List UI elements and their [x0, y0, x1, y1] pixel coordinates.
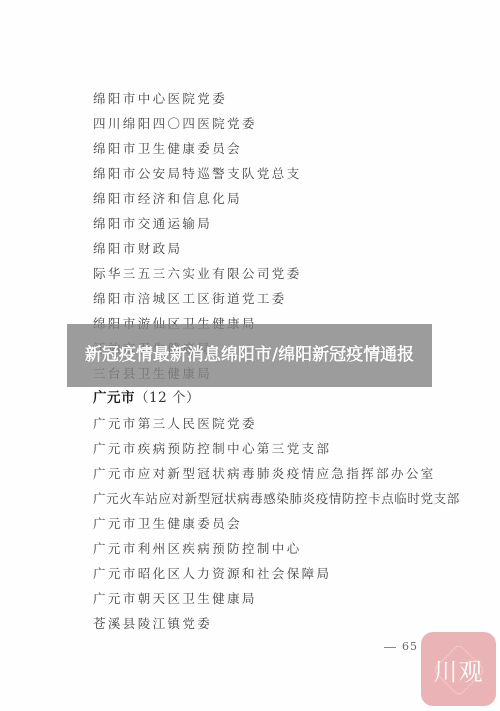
logo-text: 川观 [434, 652, 484, 687]
list-item: 际华三五三六实业有限公司党委 [93, 261, 460, 286]
section-heading-guangyuan: 广元市（12 个） [93, 386, 460, 411]
dash-left [384, 647, 396, 648]
page-number-value: 65 [402, 640, 418, 653]
list-item: 绵阳市交通运输局 [93, 211, 460, 236]
headline-banner[interactable]: 新冠疫情最新消息绵阳市/绵阳新冠疫情通报 [67, 324, 432, 387]
chuanguan-logo-icon[interactable]: 川观 [421, 632, 496, 706]
list-item: 广元火车站应对新型冠状病毒感染肺炎疫情防控卡点临时党支部 [93, 486, 460, 511]
headline-title[interactable]: 新冠疫情最新消息绵阳市/绵阳新冠疫情通报 [81, 344, 418, 367]
list-item: 广元市疾病预防控制中心第三党支部 [93, 436, 460, 461]
list-item: 苍溪县陵江镇党委 [93, 611, 460, 636]
list-item: 广元市利州区疾病预防控制中心 [93, 536, 460, 561]
list-item: 广元市昭化区人力资源和社会保障局 [93, 561, 460, 586]
list-item: 绵阳市财政局 [93, 236, 460, 261]
list-item: 四川绵阳四〇四医院党委 [93, 111, 460, 136]
list-item: 广元市第三人民医院党委 [93, 411, 460, 436]
list-item: 绵阳市公安局特巡警支队党总支 [93, 161, 460, 186]
list-item: 绵阳市卫生健康委员会 [93, 136, 460, 161]
list-item: 广元市朝天区卫生健康局 [93, 586, 460, 611]
list-item: 绵阳市经济和信息化局 [93, 186, 460, 211]
list-item: 绵阳市涪城区工区街道党工委 [93, 286, 460, 311]
list-item: 广元市卫生健康委员会 [93, 511, 460, 536]
list-item: 绵阳市中心医院党委 [93, 86, 460, 111]
section-heading-city: 广元市 [93, 390, 135, 406]
section-heading-count: （12 个） [135, 390, 200, 406]
list-item: 广元市应对新型冠状病毒肺炎疫情应急指挥部办公室 [93, 461, 460, 486]
document-page: 绵阳市中心医院党委 四川绵阳四〇四医院党委 绵阳市卫生健康委员会 绵阳市公安局特… [0, 0, 500, 711]
